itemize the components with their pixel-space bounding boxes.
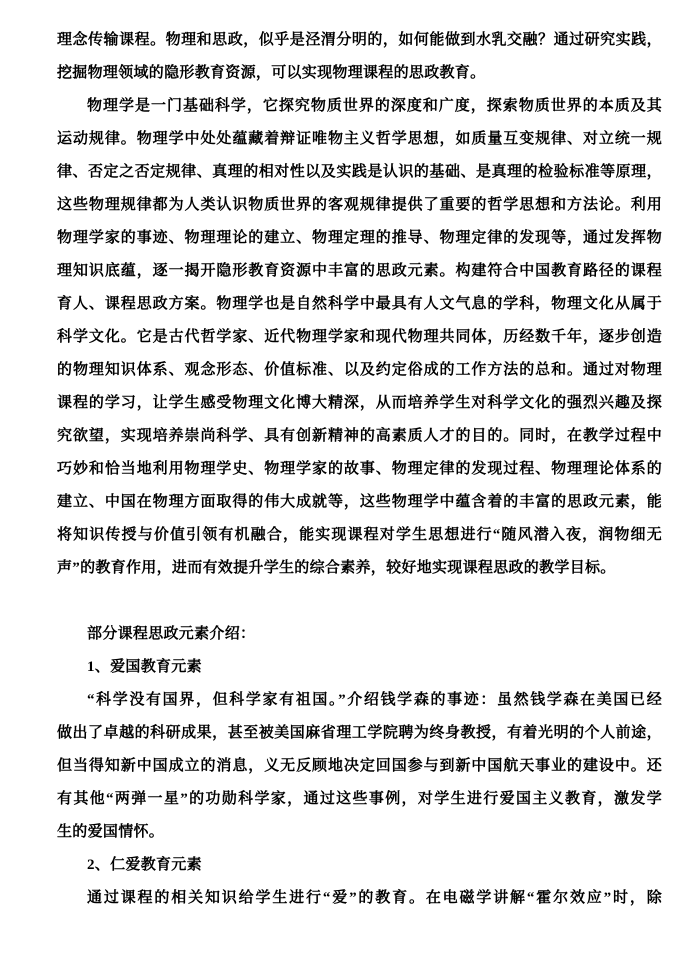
text-line: 建立、中国在物理方面取得的伟大成就等，这些物理学中蕴含着的丰富的思政元素，能 (57, 486, 662, 519)
text-line: 育人、课程思政方案。物理学也是自然科学中最具有人文气息的学科，物理文化从属于 (57, 288, 662, 321)
text-line: 通过课程的相关知识给学生进行“爱”的教育。在电磁学讲解“霍尔效应”时，除 (57, 882, 662, 915)
text-line: 律、否定之否定规律、真理的相对性以及实践是认识的基础、是真理的检验标准等原理， (57, 156, 662, 189)
text-line: 生的爱国情怀。 (57, 816, 662, 849)
text-line: “科学没有国界，但科学家有祖国。”介绍钱学森的事迹：虽然钱学森在美国已经 (57, 684, 662, 717)
text-line: 2、仁爱教育元素 (57, 849, 662, 882)
text-line: 声”的教育作用，进而有效提升学生的综合素养，较好地实现课程思政的教学目标。 (57, 552, 662, 585)
text-line: 做出了卓越的科研成果，甚至被美国麻省理工学院聘为终身教授，有着光明的个人前途， (57, 717, 662, 750)
paragraph: 理念传输课程。物理和思政，似乎是泾渭分明的，如何能做到水乳交融？通过研究实践，挖… (57, 24, 662, 90)
text-line: 巧妙和恰当地利用物理学史、物理学家的故事、物理定律的发现过程、物理理论体系的 (57, 453, 662, 486)
text-line: 理念传输课程。物理和思政，似乎是泾渭分明的，如何能做到水乳交融？通过研究实践， (57, 24, 662, 57)
text-line: 物理学是一门基础科学，它探究物质世界的深度和广度，探索物质世界的本质及其 (57, 90, 662, 123)
paragraph: 物理学是一门基础科学，它探究物质世界的深度和广度，探索物质世界的本质及其运动规律… (57, 90, 662, 585)
paragraph: 通过课程的相关知识给学生进行“爱”的教育。在电磁学讲解“霍尔效应”时，除 (57, 882, 662, 915)
text-line: 理知识底蕴，逐一揭开隐形教育资源中丰富的思政元素。构建符合中国教育路径的课程 (57, 255, 662, 288)
text-line: 运动规律。物理学中处处蕴藏着辩证唯物主义哲学思想，如质量互变规律、对立统一规 (57, 123, 662, 156)
text-line: 究欲望，实现培养崇尚科学、具有创新精神的高素质人才的目的。同时，在教学过程中 (57, 420, 662, 453)
text-line: 部分课程思政元素介绍： (57, 618, 662, 651)
document-body: 理念传输课程。物理和思政，似乎是泾渭分明的，如何能做到水乳交融？通过研究实践，挖… (57, 24, 662, 915)
text-line: 1、爱国教育元素 (57, 651, 662, 684)
paragraph: 部分课程思政元素介绍： (57, 618, 662, 651)
text-line: 挖掘物理领域的隐形教育资源，可以实现物理课程的思政教育。 (57, 57, 662, 90)
text-line: 科学文化。它是古代哲学家、近代物理学家和现代物理共同体，历经数千年，逐步创造 (57, 321, 662, 354)
text-line: 物理学家的事迹、物理理论的建立、物理定理的推导、物理定律的发现等，通过发挥物 (57, 222, 662, 255)
text-line: 课程的学习，让学生感受物理文化博大精深，从而培养学生对科学文化的强烈兴趣及探 (57, 387, 662, 420)
text-line: 将知识传授与价值引领有机融合，能实现课程对学生思想进行“随风潜入夜，润物细无 (57, 519, 662, 552)
paragraph: 1、爱国教育元素 (57, 651, 662, 684)
text-line: 但当得知新中国成立的消息，义无反顾地决定回国参与到新中国航天事业的建设中。还 (57, 750, 662, 783)
paragraph: 2、仁爱教育元素 (57, 849, 662, 882)
text-line: 的物理知识体系、观念形态、价值标准、以及约定俗成的工作方法的总和。通过对物理 (57, 354, 662, 387)
text-line: 有其他“两弹一星”的功勋科学家，通过这些事例，对学生进行爱国主义教育，激发学 (57, 783, 662, 816)
paragraph-spacer (57, 585, 662, 618)
text-line: 这些物理规律都为人类认识物质世界的客观规律提供了重要的哲学思想和方法论。利用 (57, 189, 662, 222)
paragraph: “科学没有国界，但科学家有祖国。”介绍钱学森的事迹：虽然钱学森在美国已经做出了卓… (57, 684, 662, 849)
document-page: 理念传输课程。物理和思政，似乎是泾渭分明的，如何能做到水乳交融？通过研究实践，挖… (0, 0, 675, 962)
